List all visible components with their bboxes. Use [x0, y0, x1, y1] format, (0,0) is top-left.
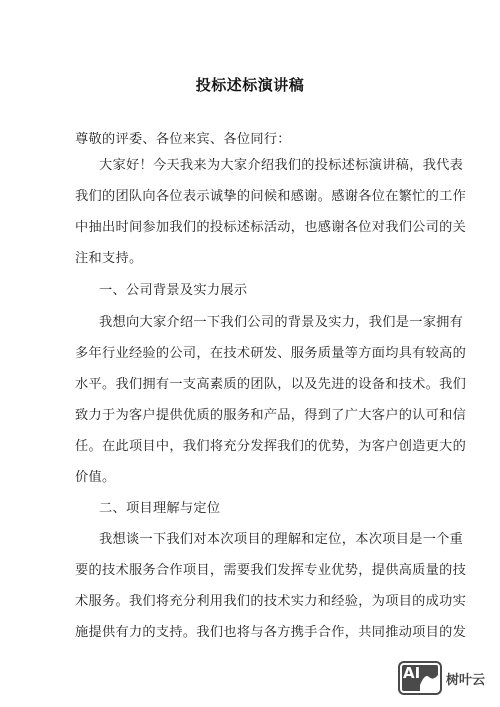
paragraph-line: 注和支持。: [75, 250, 425, 268]
logo-text: AI: [403, 664, 420, 682]
paragraph-line: 致力于为客户提供优质的服务和产品，得到了广大客户的认可和信: [75, 407, 425, 425]
brand-name: 树叶云: [446, 669, 485, 688]
paragraph-line: 术服务。我们将充分利用我们的技术实力和经验，为项目的成功实: [75, 593, 425, 611]
watermark: AI 树叶云: [398, 661, 485, 695]
paragraph-line: 我想谈一下我们对本次项目的理解和定位，本次项目是一个重: [99, 531, 449, 549]
paragraph-line: 多年行业经验的公司，在技术研发、服务质量等方面均具有较高的: [75, 345, 425, 363]
paragraph-line: 大家好！今天我来为大家介绍我们的投标述标演讲稿，我代表: [99, 157, 449, 175]
paragraph-line: 中抽出时间参加我们的投标述标活动，也感谢各位对我们公司的关: [75, 219, 425, 237]
paragraph-line: 任。在此项目中，我们将充分发挥我们的优势，为客户创造更大的: [75, 438, 425, 456]
paragraph-line: 要的技术服务合作项目，需要我们发挥专业优势，提供高质量的技: [75, 562, 425, 580]
document-title: 投标述标演讲稿: [0, 74, 500, 95]
section-heading-1: 一、公司背景及实力展示: [99, 282, 449, 300]
document-page: 投标述标演讲稿 尊敬的评委、各位来宾、各位同行： 大家好！今天我来为大家介绍我们…: [0, 0, 500, 707]
mountain-image-icon: AI: [398, 661, 442, 695]
salutation: 尊敬的评委、各位来宾、各位同行：: [75, 131, 425, 149]
paragraph-line: 我想向大家介绍一下我们公司的背景及实力，我们是一家拥有: [99, 314, 449, 332]
paragraph-line: 水平。我们拥有一支高素质的团队，以及先进的设备和技术。我们: [75, 376, 425, 394]
section-heading-2: 二、项目理解与定位: [99, 500, 449, 518]
paragraph-line: 施提供有力的支持。我们也将与各方携手合作，共同推动项目的发: [75, 624, 425, 642]
paragraph-line: 我们的团队向各位表示诚挚的问候和感谢。感谢各位在繁忙的工作: [75, 188, 425, 206]
paragraph-line: 价值。: [75, 469, 425, 487]
